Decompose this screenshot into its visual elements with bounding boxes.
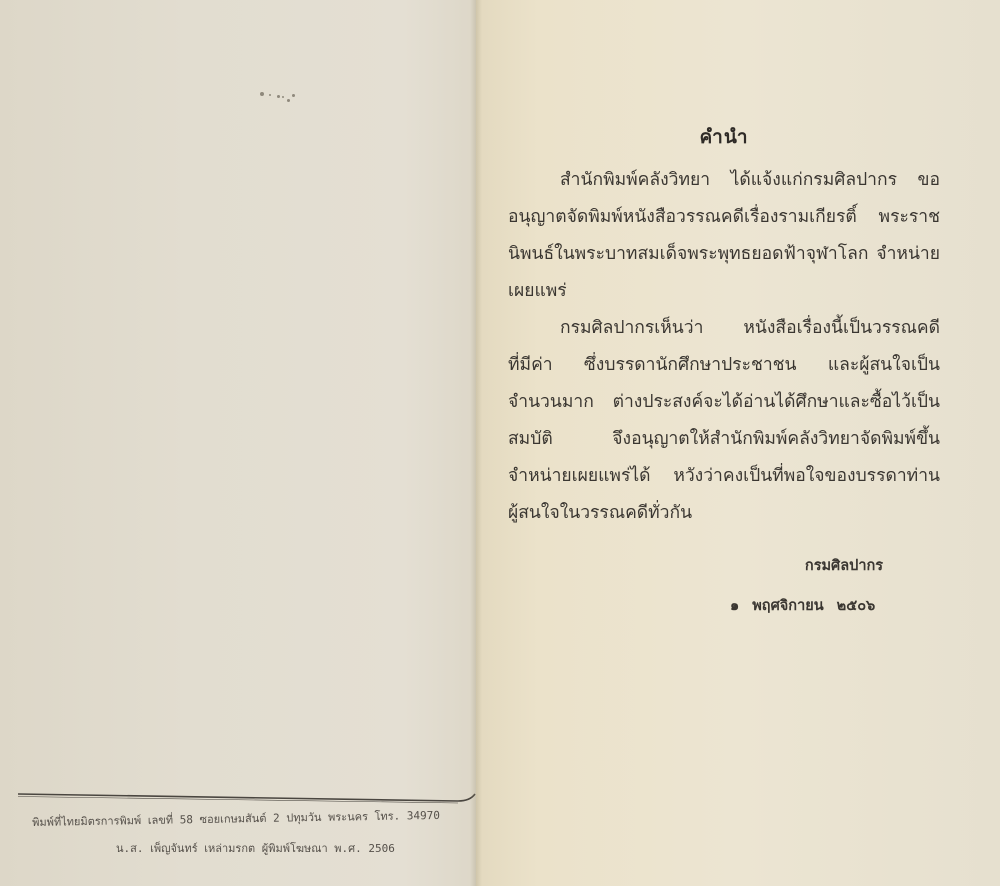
text-segment: อนุญาตจัดพิมพ์หนังสือวรรณคดีเรื่องรามเกี…	[508, 199, 857, 236]
signature-date: ๑ พฤศจิกายน ๒๕๐๖	[730, 592, 930, 620]
text-segment: จำหน่ายเผยแพร่ได้	[508, 458, 651, 495]
text-segment: สมบัติ	[508, 421, 553, 458]
text-segment: จำนวนมาก	[508, 384, 594, 421]
ink-specks	[258, 88, 298, 102]
text-segment: พระราช	[879, 199, 940, 236]
text-segment: นิพนธ์ในพระบาทสมเด็จพระพุทธยอดฟ้าจุฬาโลก	[508, 236, 868, 273]
text-line: จำนวนมาก ต่างประสงค์จะได้อ่านได้ศึกษาและ…	[508, 384, 940, 421]
text-segment: เผยแพร่	[508, 273, 567, 310]
text-line: ผู้สนใจในวรรณคดีทั่วกัน	[508, 495, 940, 532]
text-line: นิพนธ์ในพระบาทสมเด็จพระพุทธยอดฟ้าจุฬาโลก…	[508, 236, 940, 273]
signature-block: กรมศิลปากร ๑ พฤศจิกายน ๒๕๐๖	[730, 552, 930, 620]
text-segment: จึงอนุญาตให้สำนักพิมพ์คลังวิทยาจัดพิมพ์ข…	[612, 421, 940, 458]
text-line: อนุญาตจัดพิมพ์หนังสือวรรณคดีเรื่องรามเกี…	[508, 199, 940, 236]
text-segment: กรมศิลปากรเห็นว่า	[560, 310, 703, 347]
colophon-line-1: พิมพ์ที่ไทยมิตรการพิมพ์ เลขที่ 58 ซอยเกษ…	[30, 802, 470, 836]
colophon-line-2: น.ส. เพ็ญจันทร์ เหล่ามรกต ผู้พิมพ์โฆษณา …	[30, 836, 470, 862]
text-segment: ซึ่งบรรดานักศึกษาประชาชน	[584, 347, 797, 384]
text-line: ที่มีค่า ซึ่งบรรดานักศึกษาประชาชน และผู้…	[508, 347, 940, 384]
text-segment: ขอ	[918, 162, 940, 199]
text-segment: และผู้สนใจเป็น	[828, 347, 940, 384]
text-segment: ที่มีค่า	[508, 347, 553, 384]
text-segment: ได้แจ้งแก่กรมศิลปากร	[731, 162, 897, 199]
text-line: จำหน่ายเผยแพร่ได้ หวังว่าคงเป็นที่พอใจขอ…	[508, 458, 940, 495]
paragraph-1: สำนักพิมพ์คลังวิทยา ได้แจ้งแก่กรมศิลปากร…	[508, 162, 940, 310]
page-title: คำนำ	[508, 122, 940, 152]
preface-text: คำนำ สำนักพิมพ์คลังวิทยา ได้แจ้งแก่กรมศิ…	[508, 118, 940, 532]
text-line: สมบัติ จึงอนุญาตให้สำนักพิมพ์คลังวิทยาจั…	[508, 421, 940, 458]
text-segment: หนังสือเรื่องนี้เป็นวรรณคดี	[743, 310, 940, 347]
text-segment: ต่างประสงค์จะได้อ่านได้ศึกษาและซื้อไว้เป…	[613, 384, 940, 421]
printer-colophon: พิมพ์ที่ไทยมิตรการพิมพ์ เลขที่ 58 ซอยเกษ…	[30, 810, 470, 862]
text-segment: ผู้สนใจในวรรณคดีทั่วกัน	[508, 495, 692, 532]
text-line: สำนักพิมพ์คลังวิทยา ได้แจ้งแก่กรมศิลปากร…	[508, 162, 940, 199]
text-line: เผยแพร่	[508, 273, 940, 310]
text-line: กรมศิลปากรเห็นว่า หนังสือเรื่องนี้เป็นวร…	[508, 310, 940, 347]
text-segment: สำนักพิมพ์คลังวิทยา	[560, 162, 710, 199]
paragraph-2: กรมศิลปากรเห็นว่า หนังสือเรื่องนี้เป็นวร…	[508, 310, 940, 532]
signatory-name: กรมศิลปากร	[730, 552, 930, 580]
book-gutter	[470, 0, 482, 886]
text-segment: จำหน่าย	[876, 236, 940, 273]
left-page: พิมพ์ที่ไทยมิตรการพิมพ์ เลขที่ 58 ซอยเกษ…	[0, 0, 476, 886]
text-segment: หวังว่าคงเป็นที่พอใจของบรรดาท่าน	[673, 458, 940, 495]
